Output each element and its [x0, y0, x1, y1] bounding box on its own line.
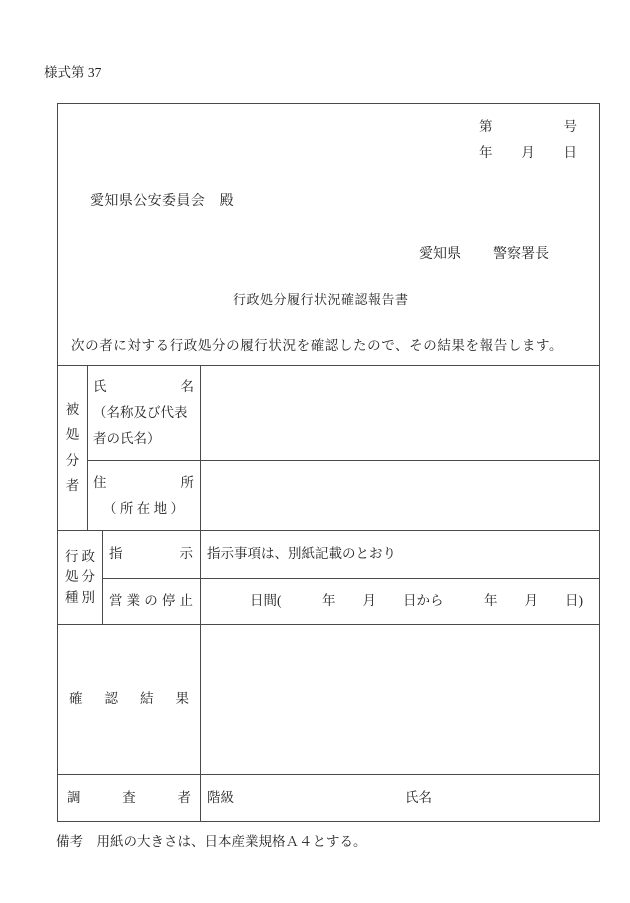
document-page: 様式第 37 第 号 年 月 日 愛知県公安委員会 殿 愛知県警察署長 行政処分…	[0, 0, 630, 903]
label-char: 処	[66, 428, 80, 442]
subject-address-value-cell	[200, 460, 599, 530]
label-char: 調	[67, 791, 81, 805]
label-char: 止	[180, 594, 194, 608]
subject-address-label: 住所	[93, 470, 194, 496]
instruction-value-cell: 指示事項は、別紙記載のとおり	[200, 530, 599, 578]
investigator-value-cell: 階級 氏名	[200, 774, 599, 821]
label-char: 種	[65, 591, 79, 605]
label-char: 認	[105, 692, 119, 706]
date-month-label: 月	[521, 141, 535, 161]
label-char: 住	[93, 470, 107, 496]
document-title: 行政処分履行状況確認報告書	[233, 289, 409, 308]
label-char: 停	[162, 594, 176, 608]
date-day-label: 日	[564, 141, 578, 161]
disposition-group-line3: 種別	[58, 591, 102, 605]
label-char: 政	[82, 550, 96, 564]
label-char: 行	[65, 550, 79, 564]
label-char: の	[144, 594, 158, 608]
label-char: 別	[82, 591, 96, 605]
issuer-prefecture: 愛知県	[419, 247, 461, 262]
label-char: 指	[109, 547, 123, 561]
label-char: 所	[181, 470, 195, 496]
disposition-group-label: 行政 処分 種別	[58, 530, 102, 624]
result-value-cell	[200, 624, 599, 774]
subject-group-label: 被処分者	[58, 365, 87, 530]
label-char: 分	[66, 454, 80, 468]
subject-name-label: 氏名	[93, 374, 194, 400]
investigator-label-cell: 調査者	[58, 774, 200, 821]
subject-name-sub-line1: （名称及び代表	[93, 400, 194, 426]
result-label-cell: 確認結果	[58, 624, 200, 774]
doc-number-prefix: 第	[479, 115, 493, 135]
subject-address-sub: （ 所 在 地 ）	[93, 496, 194, 522]
label-char: 者	[66, 479, 80, 493]
instruction-label-cell: 指示	[102, 530, 200, 578]
subject-name-sub-line2: 者の氏名）	[93, 426, 194, 452]
label-char: 果	[176, 692, 190, 706]
subject-name-value-cell	[200, 365, 599, 460]
issuer-title: 警察署長	[493, 247, 549, 262]
date-line: 年 月 日	[479, 141, 577, 161]
investigator-rank-label: 階級	[207, 791, 234, 805]
doc-number-suffix: 号	[564, 115, 578, 135]
label-char: 示	[180, 547, 194, 561]
label-char: 業	[127, 594, 141, 608]
date-year-label: 年	[479, 141, 493, 161]
label-char: 営	[109, 594, 123, 608]
label-char: 被	[66, 403, 80, 417]
subject-name-label-cell: 氏名 （名称及び代表 者の氏名）	[87, 365, 200, 460]
suspension-value-cell: 日間( 年 月 日から 年 月 日)	[200, 578, 599, 624]
label-char: 査	[122, 791, 136, 805]
label-char: 氏	[93, 374, 107, 400]
form-box: 第 号 年 月 日 愛知県公安委員会 殿 愛知県警察署長 行政処分履行状況確認報…	[57, 103, 600, 822]
label-char: 確	[69, 692, 83, 706]
paper-size-note: 備考 用紙の大きさは、日本産業規格Ａ４とする。	[56, 830, 367, 850]
issuer-line: 愛知県警察署長	[419, 243, 549, 263]
disposition-group-line1: 行政	[58, 550, 102, 564]
recipient-line: 愛知県公安委員会 殿	[90, 190, 234, 210]
label-char: 者	[178, 791, 192, 805]
doc-number-line: 第 号	[479, 115, 577, 135]
suspension-label-cell: 営業の停止	[102, 578, 200, 624]
label-char: 処	[65, 570, 79, 584]
body-sentence: 次の者に対する行政処分の履行状況を確認したので、その結果を報告します。	[71, 334, 563, 354]
subject-address-label-cell: 住所 （ 所 在 地 ）	[87, 460, 200, 530]
disposition-group-line2: 処分	[58, 570, 102, 584]
form-number-label: 様式第 37	[44, 61, 101, 81]
label-char: 名	[181, 374, 195, 400]
investigator-name-label: 氏名	[405, 791, 432, 805]
label-char: 結	[140, 692, 154, 706]
label-char: 分	[82, 570, 96, 584]
